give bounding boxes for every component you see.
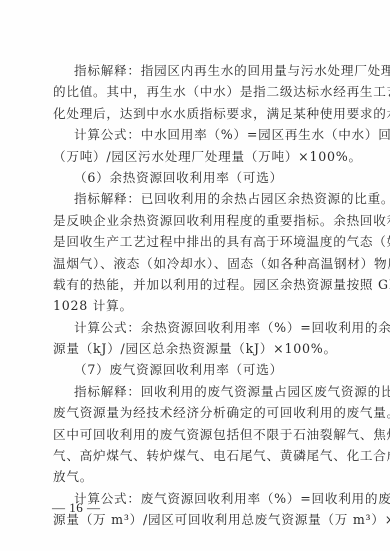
text-line: 温烟气）、液态（如冷却水）、固态（如各种高温钢材）物质所	[53, 253, 338, 274]
page-number: — 16 —	[52, 500, 101, 516]
document-page: 指标解释：指园区内再生水的回用量与污水处理厂处理量的比值。其中，再生水（中水）是…	[0, 0, 390, 551]
text-line: 指标解释：回收利用的废气资源量占园区废气资源的比重。	[53, 381, 338, 402]
text-line: 计算公式：余热资源回收利用率（%）=回收利用的余热资	[53, 317, 338, 338]
text-line: （6）余热资源回收利用率（可选）	[53, 167, 338, 188]
text-line: 化处理后，达到中水水质指标要求，满足某种使用要求的水。	[53, 103, 338, 124]
text-line: 是回收生产工艺过程中排出的具有高于环境温度的气态（如高	[53, 231, 338, 252]
document-body: 指标解释：指园区内再生水的回用量与污水处理厂处理量的比值。其中，再生水（中水）是…	[53, 60, 338, 531]
text-line: 气、高炉煤气、转炉煤气、电石尾气、黄磷尾气、化工合成驰	[53, 445, 338, 466]
text-line: 的比值。其中，再生水（中水）是指二级达标水经再生工艺净	[53, 81, 338, 102]
text-line: 指标解释：已回收利用的余热占园区余热资源的比重。它	[53, 188, 338, 209]
text-line: 区中可回收利用的废气资源包括但不限于石油裂解气、焦炉煤	[53, 424, 338, 445]
text-line: 源量（kJ）/园区总余热资源量（kJ）×100%。	[53, 338, 338, 359]
text-line: （万吨）/园区污水处理厂处理量（万吨）×100%。	[53, 146, 338, 167]
text-line: 废气资源量为经技术经济分析确定的可回收利用的废气量。园	[53, 402, 338, 423]
text-line: 1028 计算。	[53, 295, 338, 316]
text-line: 放气。	[53, 466, 338, 487]
text-line: 载有的热能，并加以利用的过程。园区余热资源量按照 GB/T	[53, 274, 338, 295]
text-line: （7）废气资源回收利用率（可选）	[53, 359, 338, 380]
text-line: 是反映企业余热资源回收利用程度的重要指标。余热回收利用	[53, 210, 338, 231]
text-line: 指标解释：指园区内再生水的回用量与污水处理厂处理量	[53, 60, 338, 81]
text-line: 计算公式：中水回用率（%）=园区再生水（中水）回用量	[53, 124, 338, 145]
